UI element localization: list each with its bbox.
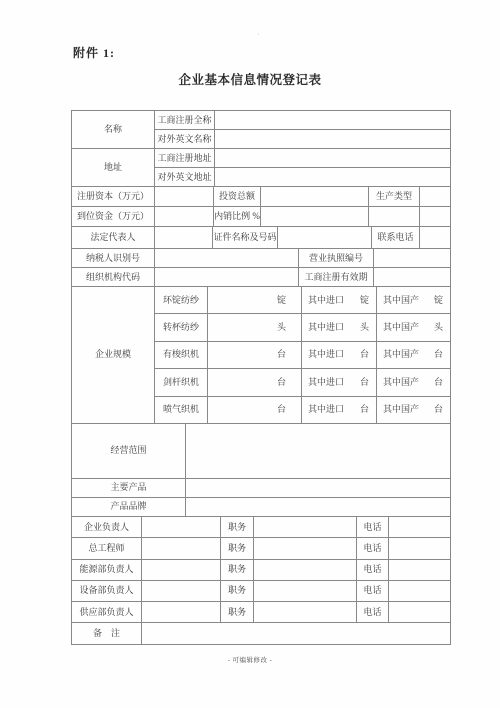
domestic-label: 其中国产 [383, 323, 419, 332]
unit-label: 锭 [434, 296, 443, 305]
phone-label: 电话 [357, 517, 389, 538]
imported-label: 其中进口 [308, 405, 344, 414]
org-code-label: 组织机构代码 [72, 268, 155, 287]
position-cell [254, 517, 357, 538]
english-name-cell [215, 130, 451, 149]
total-investment-label: 投资总额 [214, 187, 261, 207]
domestic-qty-cell: 其中国产锭 [377, 287, 451, 314]
unit-label: 头 [434, 323, 443, 332]
phone-label: 电话 [357, 602, 389, 623]
phone-cell [389, 602, 451, 623]
remarks-label: 备 注 [72, 623, 142, 645]
reg-full-name-cell [215, 111, 451, 130]
contact-role-label: 供应部负责人 [72, 602, 142, 623]
domestic-ratio-label: 内销比例 % [214, 207, 261, 227]
section-enterprise-scale: 企业规模 环锭纺纱 锭 其中进口锭 其中国产锭 转杯纺纱 头 其中进口头 其中国… [72, 287, 451, 424]
phone-label: 电话 [357, 560, 389, 581]
unit-label: 台 [434, 405, 443, 414]
section-capital: 注册资本（万元） 投资总额 生产类型 到位资金（万元） 内销比例 % [72, 187, 451, 227]
position-cell [254, 602, 357, 623]
contact-role-label: 设备部负责人 [72, 581, 142, 602]
unit-label: 台 [434, 350, 443, 359]
domestic-qty-cell: 其中国产台 [377, 369, 451, 396]
unit-label: 台 [434, 378, 443, 387]
funds-in-place-label: 到位资金（万元） [72, 207, 155, 227]
reg-address-label: 工商注册地址 [155, 149, 215, 168]
production-type-label: 生产类型 [369, 187, 420, 207]
unit-label: 锭 [360, 296, 369, 305]
unit-label: 锭 [277, 296, 286, 305]
machine-qty-cell: 头 [208, 314, 302, 341]
position-label: 职务 [221, 538, 254, 559]
machine-name-label: 转杯纺纱 [155, 314, 208, 341]
phone-cell [389, 517, 451, 538]
contact-phone-label: 联系电话 [372, 227, 420, 249]
english-address-label: 对外英文地址 [155, 168, 215, 187]
domestic-ratio-cell [261, 207, 369, 227]
license-no-cell [374, 249, 451, 268]
imported-qty-cell: 其中进口台 [302, 342, 377, 369]
contact-name-cell [142, 581, 221, 602]
section-business: 经营范围 主要产品 产品品牌 [72, 424, 451, 517]
brand-label: 产品品牌 [72, 498, 186, 517]
empty-cell [369, 207, 420, 227]
unit-label: 台 [277, 350, 286, 359]
name-group-label: 名称 [72, 111, 155, 149]
total-investment-cell [261, 187, 369, 207]
funds-in-place-cell [155, 207, 214, 227]
registration-form-table: 名称 工商注册全称 对外英文名称 地址 工商注册地址 对外英文地址 注册资本（万… [71, 110, 451, 645]
unit-label: 台 [360, 378, 369, 387]
english-address-cell [215, 168, 451, 187]
imported-qty-cell: 其中进口锭 [302, 287, 377, 314]
section-contacts: 企业负责人 职务 电话 总工程师 职务 电话 能源部负责人 职务 电话 设备部负… [72, 517, 451, 623]
machine-name-label: 喷气织机 [155, 397, 208, 424]
machine-qty-cell: 台 [208, 397, 302, 424]
position-label: 职务 [221, 517, 254, 538]
address-group-label: 地址 [72, 149, 155, 187]
position-cell [254, 581, 357, 602]
production-type-cell [420, 187, 451, 207]
domestic-qty-cell: 其中国产台 [377, 397, 451, 424]
section-remarks: 备 注 [72, 623, 451, 645]
imported-qty-cell: 其中进口台 [302, 397, 377, 424]
validity-label: 工商注册有效期 [299, 268, 374, 287]
imported-label: 其中进口 [308, 378, 344, 387]
machine-name-label: 有梭织机 [155, 342, 208, 369]
main-products-cell [186, 479, 451, 498]
position-cell [254, 538, 357, 559]
position-cell [254, 560, 357, 581]
unit-label: 台 [277, 405, 286, 414]
imported-qty-cell: 其中进口头 [302, 314, 377, 341]
machine-qty-cell: 锭 [208, 287, 302, 314]
position-label: 职务 [221, 560, 254, 581]
machine-qty-cell: 台 [208, 369, 302, 396]
contact-role-label: 总工程师 [72, 538, 142, 559]
business-scope-cell [186, 424, 451, 479]
domestic-label: 其中国产 [383, 405, 419, 414]
main-products-label: 主要产品 [72, 479, 186, 498]
domestic-label: 其中国产 [383, 296, 419, 305]
reg-capital-cell [155, 187, 214, 207]
brand-cell [186, 498, 451, 517]
phone-cell [389, 538, 451, 559]
attachment-label: 附件 1: [73, 44, 115, 61]
legal-rep-cell [155, 227, 213, 249]
contact-name-cell [142, 538, 221, 559]
remarks-cell [142, 623, 451, 645]
contact-name-cell [142, 560, 221, 581]
contact-role-label: 企业负责人 [72, 517, 142, 538]
taxpayer-id-cell [155, 249, 299, 268]
unit-label: 台 [360, 350, 369, 359]
imported-qty-cell: 其中进口台 [302, 369, 377, 396]
english-name-label: 对外英文名称 [155, 130, 215, 149]
reg-capital-label: 注册资本（万元） [72, 187, 155, 207]
empty-cell [420, 207, 451, 227]
cert-cell [278, 227, 372, 249]
position-label: 职务 [221, 581, 254, 602]
contact-role-label: 能源部负责人 [72, 560, 142, 581]
machine-qty-cell: 台 [208, 342, 302, 369]
section-legal-rep: 法定代表人 证件名称及号码 联系电话 [72, 227, 451, 249]
unit-label: 头 [277, 323, 286, 332]
imported-label: 其中进口 [308, 323, 344, 332]
imported-label: 其中进口 [308, 350, 344, 359]
taxpayer-id-label: 纳税人识别号 [72, 249, 155, 268]
validity-cell [374, 268, 451, 287]
reg-address-cell [215, 149, 451, 168]
phone-cell [389, 581, 451, 602]
machine-name-label: 剑杆织机 [155, 369, 208, 396]
unit-label: 台 [277, 378, 286, 387]
footer-note: - 可编辑修改 - [0, 655, 500, 664]
section-name-address: 名称 工商注册全称 对外英文名称 地址 工商注册地址 对外英文地址 [72, 111, 451, 187]
legal-rep-label: 法定代表人 [72, 227, 155, 249]
domestic-label: 其中国产 [383, 350, 419, 359]
unit-label: 台 [360, 405, 369, 414]
business-scope-label: 经营范围 [72, 424, 186, 479]
cert-label: 证件名称及号码 [213, 227, 278, 249]
section-registration-ids: 纳税人识别号 营业执照编号 组织机构代码 工商注册有效期 [72, 249, 451, 287]
phone-label: 电话 [357, 581, 389, 602]
machine-name-label: 环锭纺纱 [155, 287, 208, 314]
page-title: 企业基本信息情况登记表 [0, 70, 500, 88]
stray-mark: · [257, 30, 259, 38]
enterprise-scale-group-label: 企业规模 [72, 287, 155, 424]
phone-cell [389, 560, 451, 581]
imported-label: 其中进口 [308, 296, 344, 305]
unit-label: 头 [360, 323, 369, 332]
domestic-qty-cell: 其中国产头 [377, 314, 451, 341]
contact-name-cell [142, 517, 221, 538]
license-no-label: 营业执照编号 [299, 249, 374, 268]
phone-label: 电话 [357, 538, 389, 559]
domestic-label: 其中国产 [383, 378, 419, 387]
reg-full-name-label: 工商注册全称 [155, 111, 215, 130]
document-page: 附件 1: · 企业基本信息情况登记表 名称 工商注册全称 对外英文名称 地址 … [0, 0, 500, 708]
position-label: 职务 [221, 602, 254, 623]
contact-name-cell [142, 602, 221, 623]
contact-phone-cell [420, 227, 451, 249]
org-code-cell [155, 268, 299, 287]
domestic-qty-cell: 其中国产台 [377, 342, 451, 369]
